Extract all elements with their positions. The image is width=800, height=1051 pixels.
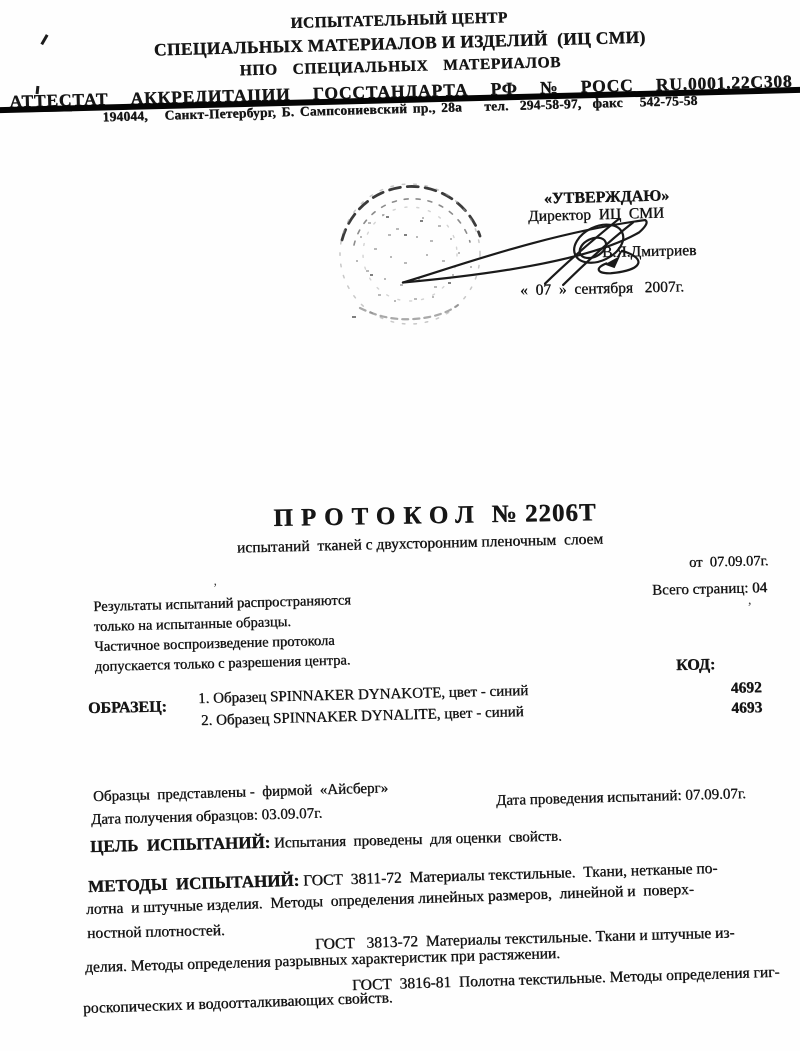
purpose-row: ЦЕЛЬ ИСПЫТАНИЙ: Испытания проведены для … bbox=[90, 824, 562, 857]
purpose-label: ЦЕЛЬ ИСПЫТАНИЙ: bbox=[90, 833, 271, 856]
code-values: 4692 4693 bbox=[699, 678, 762, 720]
scanned-protocol-document: ’ , ИСПЫТАТЕЛЬНЫЙ ЦЕНТР СПЕЦИАЛЬНЫХ МАТЕ… bbox=[0, 0, 800, 1051]
disclaimer: Результаты испытаний распространяются то… bbox=[93, 590, 353, 677]
sample-label: ОБРАЗЕЦ: bbox=[88, 697, 167, 719]
code-label: КОД: bbox=[676, 655, 716, 676]
samples-received-date: Дата получения образцов: 03.09.07г. bbox=[91, 805, 323, 830]
protocol-number: № 2206Т bbox=[491, 499, 597, 528]
methods-line: ГОСТ 3816-81 Полотна текстильные. Методы… bbox=[352, 964, 780, 996]
protocol-subtitle: испытаний тканей с двухсторонним пленочн… bbox=[237, 531, 604, 557]
purpose-text: Испытания проведены для оценки свойств. bbox=[270, 828, 562, 851]
test-conducted-date: Дата проведения испытаний: 07.09.07г. bbox=[496, 785, 746, 811]
protocol-title: ПРОТОКОЛ bbox=[273, 501, 482, 532]
approval-date: « 07 » сентября 2007г. bbox=[520, 278, 684, 300]
methods-line: роскопических и водоотталкивающих свойст… bbox=[83, 989, 393, 1018]
pages-count: Всего страниц: 04 bbox=[652, 579, 767, 600]
methods-label: МЕТОДЫ ИСПЫТАНИЙ: bbox=[88, 871, 300, 896]
code-value: 4692 bbox=[699, 678, 762, 700]
samples-provided-by: Образцы представлены - фирмой «Айсберг» bbox=[93, 779, 389, 806]
director-name: В.Я.Дмитриев bbox=[602, 242, 697, 263]
code-value: 4693 bbox=[700, 698, 763, 720]
protocol-date: от 07.09.07г. bbox=[688, 552, 768, 572]
methods-line: ностной плотностей. bbox=[87, 922, 225, 944]
